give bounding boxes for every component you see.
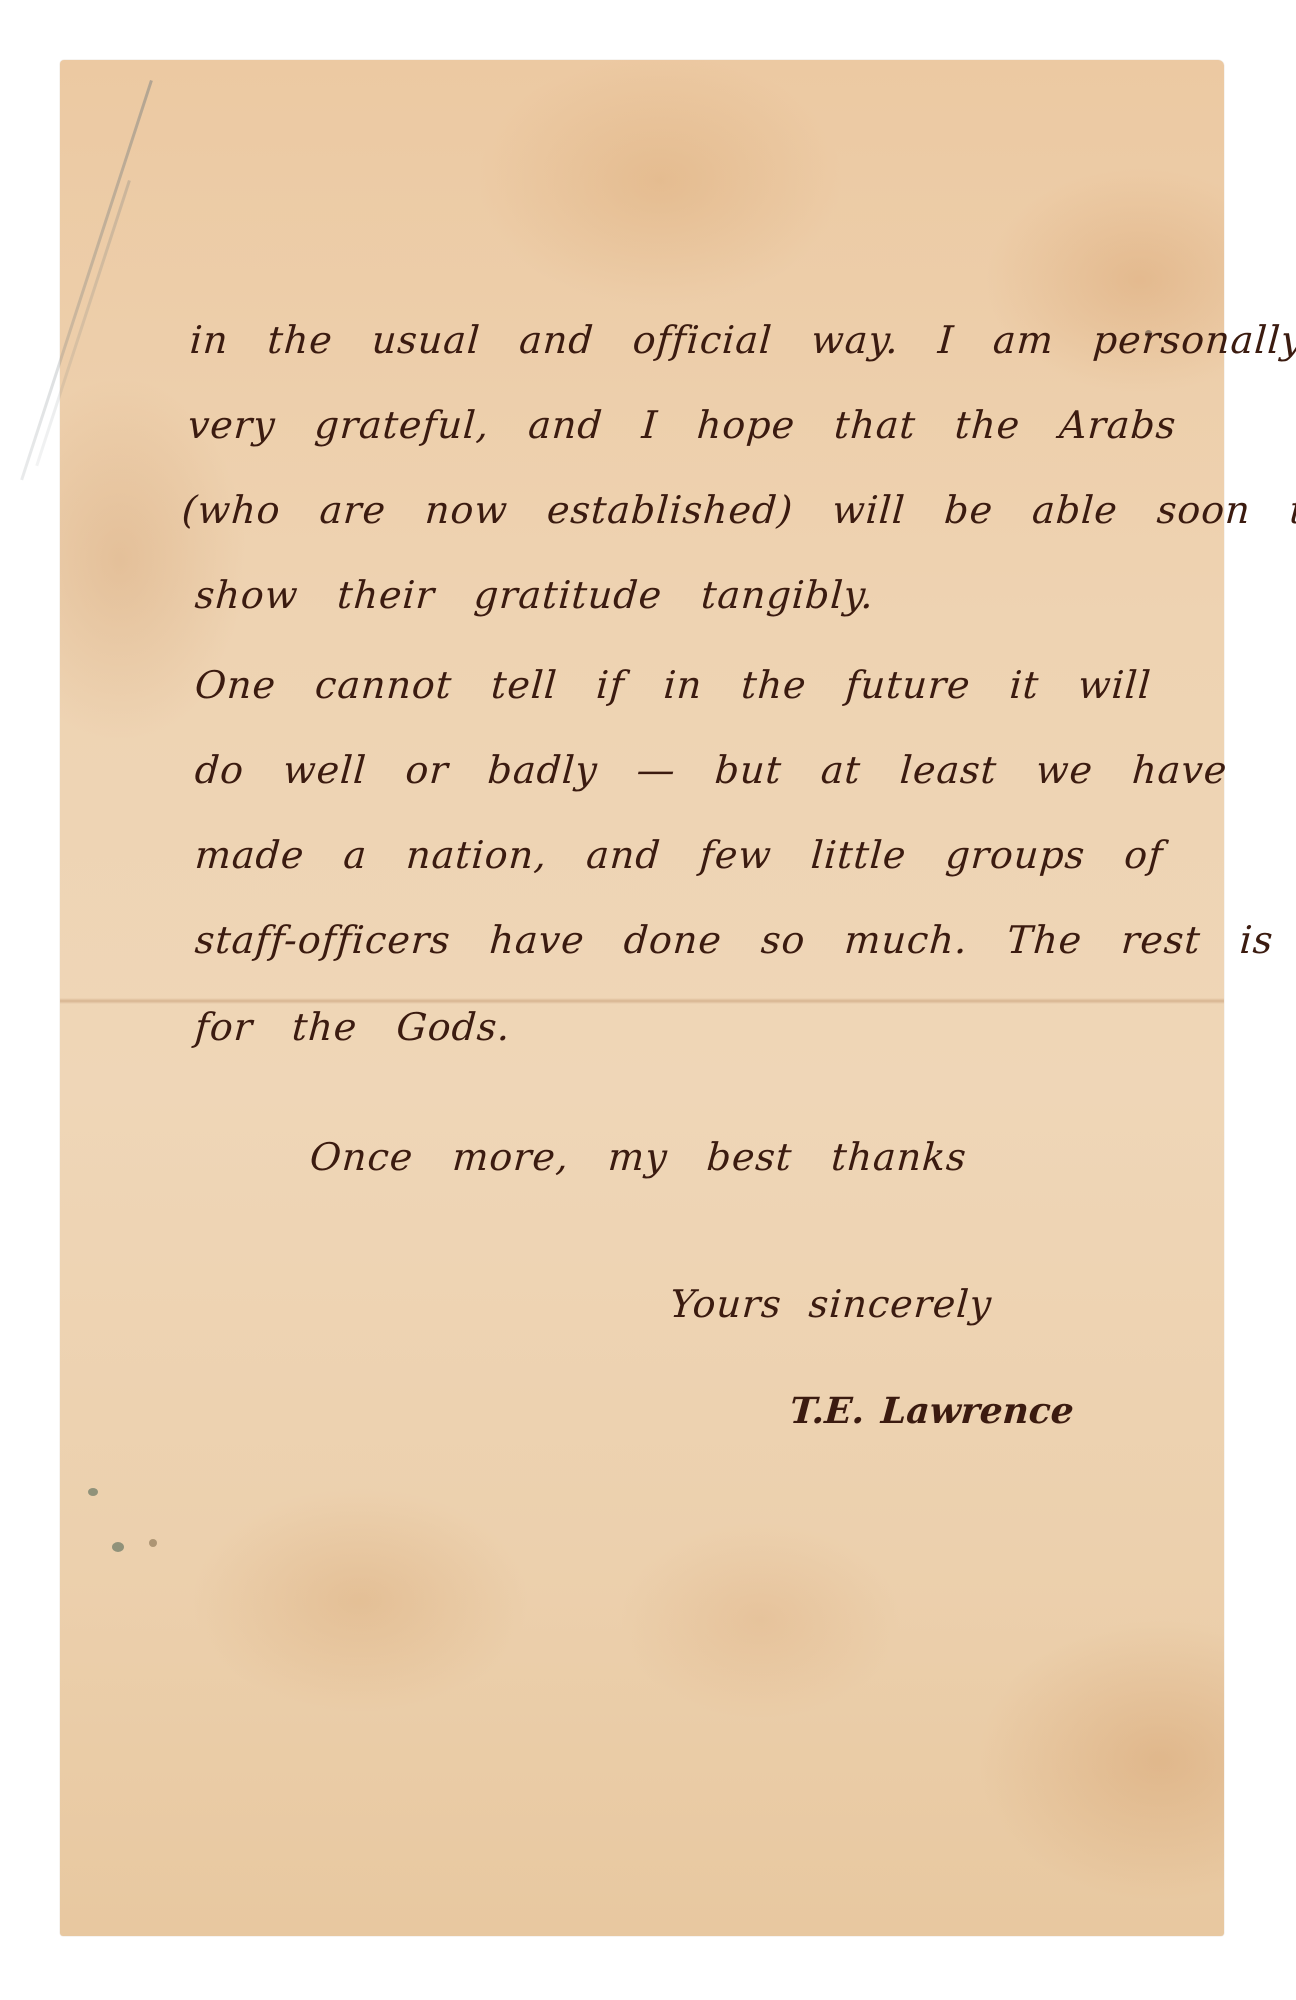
ink-spot xyxy=(149,1539,157,1547)
letter-line-8: staff-officers have done so much. The re… xyxy=(193,918,1275,962)
letter-line-5: One cannot tell if in the future it will xyxy=(193,663,1152,707)
letter-line-4: show their gratitude tangibly. xyxy=(193,573,875,617)
pencil-mark xyxy=(35,180,131,466)
signature: T.E. Lawrence xyxy=(789,1390,1076,1432)
letter-line-7: made a nation, and few little groups of xyxy=(193,833,1164,877)
letter-line-1: in the usual and official way. I am pers… xyxy=(188,318,1296,362)
pencil-mark xyxy=(20,80,153,480)
letter-line-3: (who are now established) will be able s… xyxy=(180,488,1296,532)
fold-crease xyxy=(60,998,1224,1004)
letter-line-9: for the Gods. xyxy=(193,1005,512,1049)
valediction: Yours sincerely xyxy=(668,1282,993,1326)
ink-spot xyxy=(88,1488,98,1496)
letter-line-6: do well or badly — but at least we have xyxy=(193,748,1228,792)
letter-line-2: very grateful, and I hope that the Arabs xyxy=(186,403,1178,447)
letter-page: in the usual and official way. I am pers… xyxy=(60,60,1224,1936)
closing-line: Once more, my best thanks xyxy=(308,1135,968,1179)
ink-spot xyxy=(112,1542,124,1552)
